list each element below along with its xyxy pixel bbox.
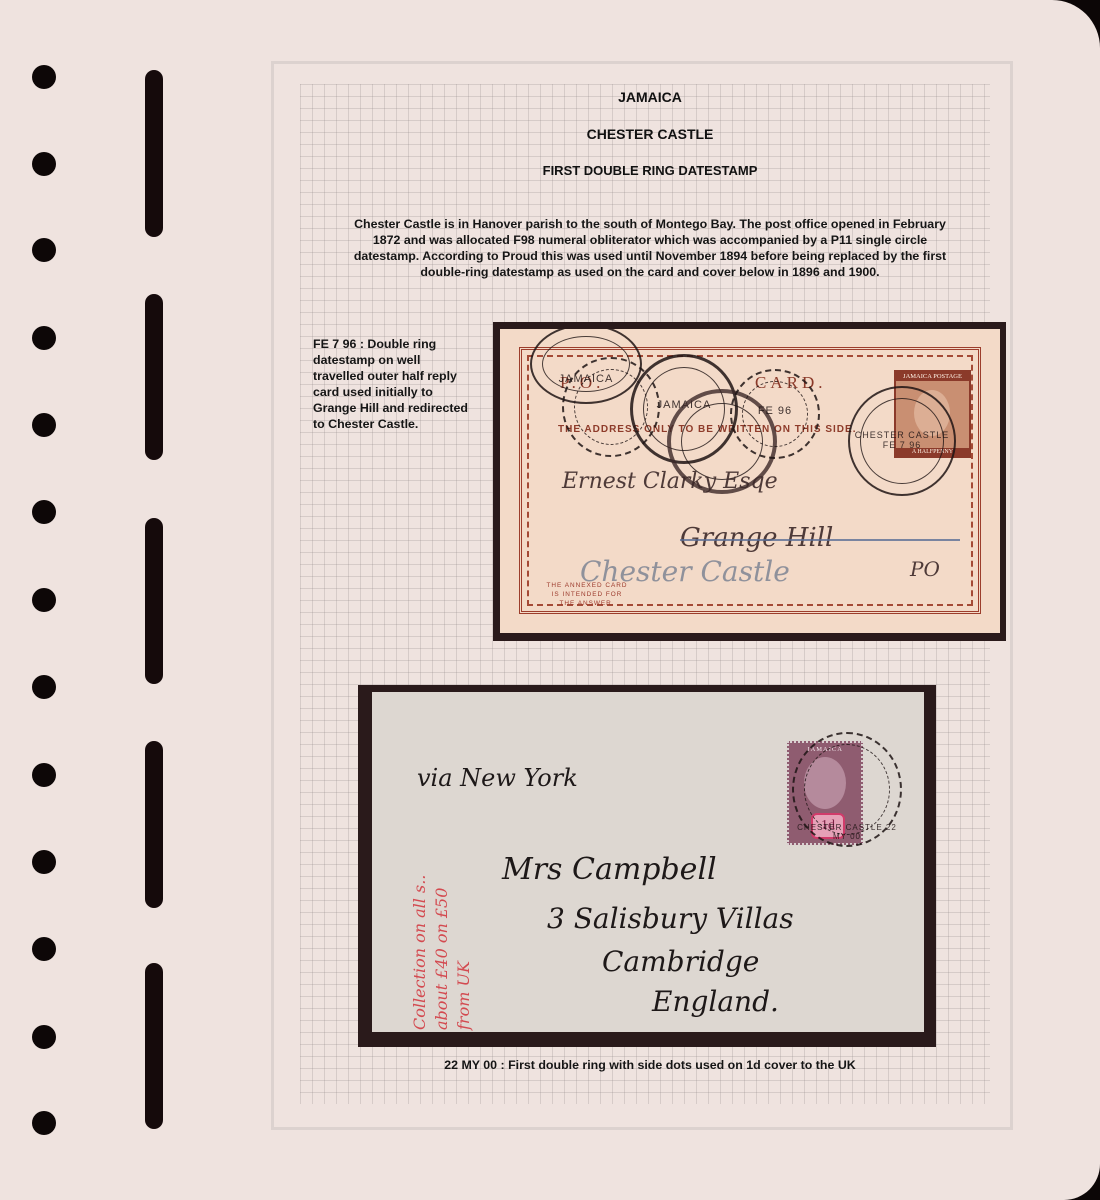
intro-line: Chester Castle is in Hanover parish to t… — [310, 216, 990, 232]
stamp-label: JAMAICA POSTAGE — [896, 372, 969, 381]
intro-paragraph: Chester Castle is in Hanover parish to t… — [310, 216, 990, 280]
handwritten-po: PO — [910, 557, 940, 581]
page-title-location: CHESTER CASTLE — [300, 126, 1000, 142]
postal-card: P.O. CARD. THE ADDRESS ONLY TO BE WRITTE… — [500, 329, 1000, 633]
binder-hole — [32, 588, 56, 612]
address-line: Mrs Campbell — [502, 852, 717, 887]
binder-slot — [145, 963, 163, 1129]
chester-castle-postmark: CHESTER CASTLE FE 7 96 — [848, 386, 956, 496]
address-line: England. — [652, 985, 779, 1018]
caption-line: Grange Hill and redirected — [313, 400, 488, 416]
address-line: Cambridge — [602, 945, 759, 978]
binder-slot — [145, 70, 163, 237]
card-caption: FE 7 96 : Double ring datestamp on well … — [313, 336, 488, 432]
handwritten-addressee: Ernest Clarky Esqe — [562, 469, 778, 494]
caption-line: FE 7 96 : Double ring — [313, 336, 488, 352]
binder-hole — [32, 152, 56, 176]
binder-slot — [145, 741, 163, 908]
binder-slot — [145, 294, 163, 460]
binder-hole — [32, 850, 56, 874]
binder-slot — [145, 518, 163, 684]
caption-line: travelled outer half reply — [313, 368, 488, 384]
postmark-text: FE 96 — [732, 405, 818, 417]
binder-hole — [32, 500, 56, 524]
caption-line: to Chester Castle. — [313, 416, 488, 432]
binder-hole — [32, 413, 56, 437]
strike-through-line — [680, 539, 960, 541]
binder-hole — [32, 675, 56, 699]
note-line: Collection on all s.. — [409, 770, 431, 1030]
caption-line: datestamp on well — [313, 352, 488, 368]
note-line: from UK — [453, 770, 475, 1030]
caption-line: card used initially to — [313, 384, 488, 400]
binder-hole — [32, 1025, 56, 1049]
handwritten-redirect: Chester Castle — [580, 555, 790, 588]
note-line: about £40 on £50 — [431, 770, 453, 1030]
page-subtitle: FIRST DOUBLE RING DATESTAMP — [300, 163, 1000, 178]
handwritten-struck-place: Grange Hill — [680, 523, 833, 553]
binder-hole — [32, 326, 56, 350]
address-line: 3 Salisbury Villas — [547, 902, 794, 935]
cover-caption: 22 MY 00 : First double ring with side d… — [300, 1058, 1000, 1072]
binder-hole — [32, 238, 56, 262]
postmark-text: CHESTER CASTLE 22 MY 00 — [794, 823, 900, 841]
binder-hole — [32, 937, 56, 961]
binder-hole — [32, 763, 56, 787]
intro-line: double-ring datestamp as used on the car… — [310, 264, 990, 280]
chester-castle-postmark: CHESTER CASTLE 22 MY 00 — [792, 732, 902, 847]
postal-cover: JAMAICA 1d CHESTER CASTLE 22 MY 00 via N… — [372, 692, 924, 1032]
note-line: IS INTENDED FOR — [542, 590, 632, 599]
binder-hole — [32, 1111, 56, 1135]
binder-hole — [32, 65, 56, 89]
intro-line: datestamp. According to Proud this was u… — [310, 248, 990, 264]
album-page: JAMAICA CHESTER CASTLE FIRST DOUBLE RING… — [0, 0, 1100, 1200]
postmark-text: CHESTER CASTLE FE 7 96 — [850, 430, 954, 450]
page-title-country: JAMAICA — [300, 89, 1000, 105]
postmark: FE 96 — [730, 369, 820, 459]
red-ink-side-note: Collection on all s.. about £40 on £50 f… — [409, 770, 475, 1030]
note-line: THE ANSWER. — [542, 599, 632, 608]
intro-line: 1872 and was allocated F98 numeral oblit… — [310, 232, 990, 248]
